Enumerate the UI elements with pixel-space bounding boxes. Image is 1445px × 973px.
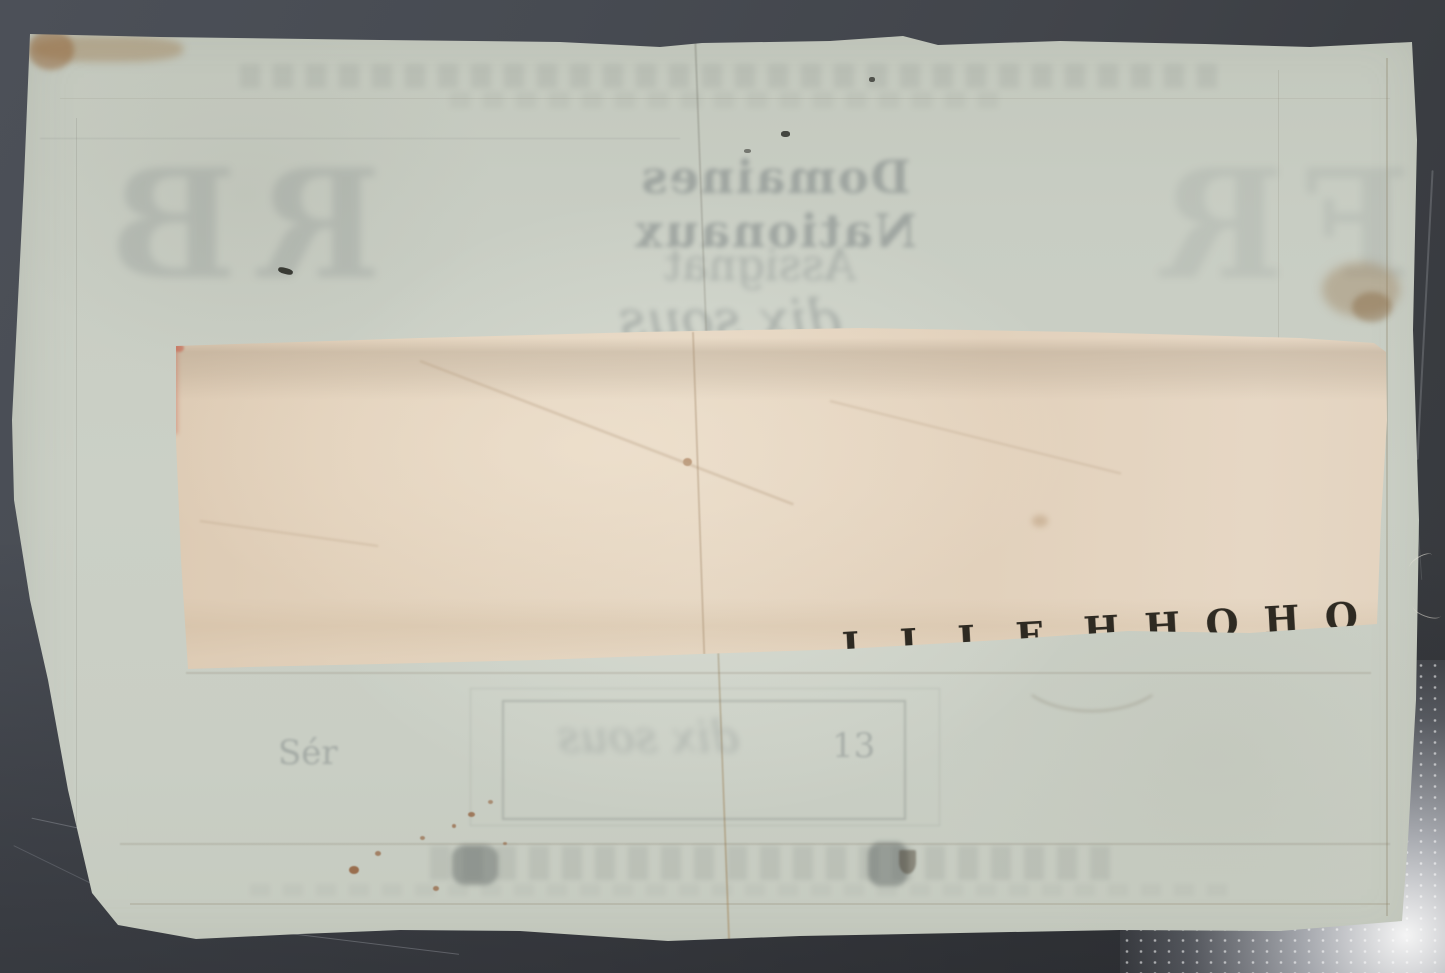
rust-speck <box>468 812 475 817</box>
strip-crease <box>200 520 378 547</box>
ink-fleck <box>744 149 751 153</box>
rust-speck <box>433 886 439 891</box>
stamp-blob-showthrough <box>452 845 498 885</box>
border-line-showthrough <box>1386 58 1388 916</box>
rust-speck <box>488 800 493 804</box>
rust-speck <box>503 842 507 845</box>
ink-fleck <box>781 131 790 137</box>
horizontal-crease <box>186 672 1371 674</box>
bottom-text-band-showthrough <box>430 846 1110 880</box>
photo-of-assignat-reverse: RB FR Domaines Nationaux Assignat dix so… <box>0 0 1445 973</box>
brown-stain <box>28 30 74 70</box>
strip-crease <box>420 360 794 505</box>
series-label-showthrough: Sér <box>278 733 338 773</box>
left-monogram-showthrough: RB <box>90 150 381 300</box>
rust-speck <box>349 866 359 874</box>
assignat-showthrough: Assignat <box>610 240 910 291</box>
frame-box-showthrough <box>470 688 940 826</box>
rust-speck <box>452 824 456 828</box>
bottom-text-band-showthrough <box>250 884 1230 896</box>
top-text-band-showthrough <box>240 64 1230 88</box>
strip-crease <box>830 400 1121 474</box>
horizontal-crease <box>40 138 680 139</box>
border-line-showthrough <box>130 903 1390 905</box>
top-text-band-showthrough <box>450 92 1010 108</box>
brown-stain <box>1352 292 1392 322</box>
border-line-showthrough <box>76 118 77 888</box>
small-shield-mark <box>899 850 916 874</box>
rust-speck <box>375 851 381 856</box>
faint-spot <box>1032 515 1048 527</box>
rust-speck <box>420 836 425 840</box>
border-line-showthrough <box>60 98 1390 99</box>
round-stamp-arc-showthrough <box>1015 628 1169 712</box>
ink-fleck <box>869 77 875 82</box>
horizontal-crease <box>120 843 1390 845</box>
strip-fold-crease <box>692 332 706 662</box>
